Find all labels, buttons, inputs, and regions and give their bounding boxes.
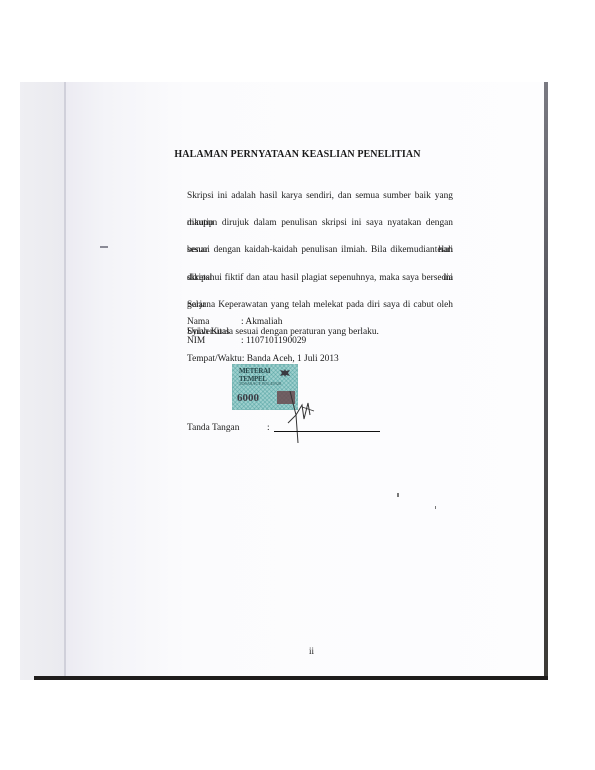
document-title: HALAMAN PERNYATAAN KEASLIAN PENELITIAN	[0, 149, 595, 160]
paragraph-line: maupun dirujuk dalam penulisan skripsi i…	[187, 210, 453, 237]
garuda-emblem-icon	[279, 368, 291, 378]
handwritten-signature	[268, 385, 328, 445]
margin-mark	[100, 246, 108, 248]
field-name: Nama: Akmaliah	[187, 317, 282, 327]
stamp-value: 6000	[237, 392, 259, 404]
scan-speck	[397, 493, 399, 497]
field-name-value: : Akmaliah	[241, 317, 282, 327]
field-nim-label: NIM	[187, 336, 241, 346]
field-nim: NIM: 1107101190029	[187, 336, 306, 346]
paragraph-line: diketahui fiktif dan atau hasil plagiat …	[187, 265, 453, 292]
field-place-time: Tempat/Waktu: Banda Aceh, 1 Juli 2013	[187, 354, 339, 364]
paragraph-line: sesuai dengan kaidah-kaidah penulisan il…	[187, 237, 453, 264]
field-name-label: Nama	[187, 317, 241, 327]
signature-colon: :	[267, 423, 270, 433]
page-edge-right	[544, 82, 548, 680]
signature-line	[274, 431, 380, 432]
page-edge-bottom	[34, 676, 548, 680]
document-page	[66, 82, 546, 678]
page-number: ii	[309, 646, 314, 656]
field-place-time-value: : Banda Aceh, 1 Juli 2013	[242, 354, 339, 364]
signature-label: Tanda Tangan	[187, 423, 239, 433]
paragraph-line: Skripsi ini adalah hasil karya sendiri, …	[187, 183, 453, 210]
field-nim-value: : 1107101190029	[241, 336, 306, 346]
paragraph-line: Sarjana Keperawatan yang telah melekat p…	[187, 292, 453, 319]
field-place-time-label: Tempat/Waktu	[187, 354, 242, 364]
page-edge-left	[20, 82, 65, 680]
scan-speck	[435, 506, 436, 509]
